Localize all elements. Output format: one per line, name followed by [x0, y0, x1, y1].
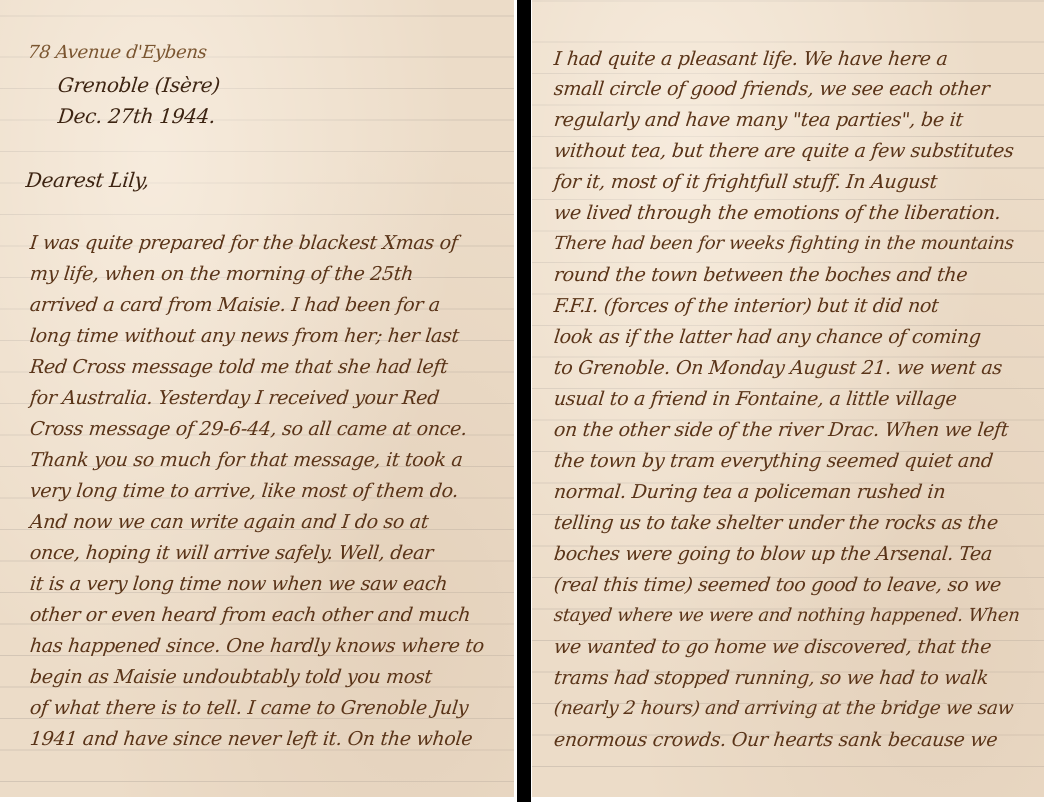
letter-line: trams had stopped running, so we had to …	[553, 667, 990, 689]
letter-line: small circle of good friends, we see eac…	[553, 78, 991, 100]
letter-line: we lived through the emotions of the lib…	[553, 202, 1002, 224]
letter-line: it is a very long time now when we saw e…	[29, 573, 449, 595]
letter-line: F.F.I. (forces of the interior) but it d…	[553, 295, 940, 317]
letter-line: (real this time) seemed too good to leav…	[553, 574, 1002, 596]
letter-line: for Australia. Yesterday I received your…	[29, 387, 440, 409]
letter-line: arrived a card from Maisie. I had been f…	[29, 294, 441, 316]
letter-line: very long time to arrive, like most of t…	[29, 480, 460, 502]
letter-line: regularly and have many "tea parties", b…	[553, 109, 964, 131]
letter-line: other or even heard from each other and …	[29, 604, 472, 626]
letter-line: for it, most of it frightfull stuff. In …	[553, 171, 938, 193]
letter-line: stayed where we were and nothing happene…	[553, 605, 1021, 626]
letter-line: begin as Maisie undoubtably told you mos…	[29, 666, 433, 688]
letter-line: look as if the latter had any chance of …	[553, 326, 982, 348]
sender-city: Grenoble (Isère)	[57, 73, 221, 97]
letter-line: Cross message of 29-6-44, so all came at…	[29, 418, 468, 440]
letter-line: has happened since. One hardly knows whe…	[29, 635, 485, 657]
letter-line: without tea, but there are quite a few s…	[553, 140, 1015, 162]
letter-line: once, hoping it will arrive safely. Well…	[29, 542, 434, 564]
page-divider	[517, 0, 531, 802]
letter-line: Thank you so much for that message, it t…	[29, 449, 464, 471]
letter-page-left: 78 Avenue d'Eybens Grenoble (Isère) Dec.…	[0, 0, 514, 797]
letter-line: enormous crowds. Our hearts sank because…	[553, 729, 999, 751]
letter-line: There had been for weeks fighting in the…	[553, 233, 1015, 254]
letter-line: normal. During tea a policeman rushed in	[553, 481, 947, 503]
letter-line: telling us to take shelter under the roc…	[553, 512, 999, 534]
letter-line: And now we can write again and I do so a…	[29, 511, 430, 533]
letter-line: I was quite prepared for the blackest Xm…	[29, 232, 459, 254]
letter-line: boches were going to blow up the Arsenal…	[553, 543, 993, 565]
letter-line: on the other side of the river Drac. Whe…	[553, 419, 1010, 441]
letter-line: Red Cross message told me that she had l…	[29, 356, 449, 378]
letter-line: the town by tram everything seemed quiet…	[553, 450, 994, 472]
letter-date: Dec. 27th 1944.	[57, 104, 217, 128]
letter-line: (nearly 2 hours) and arriving at the bri…	[553, 698, 1014, 719]
salutation: Dearest Lily,	[25, 168, 151, 192]
letter-line: my life, when on the morning of the 25th	[29, 263, 415, 285]
letter-line: I had quite a pleasant life. We have her…	[553, 48, 949, 70]
letter-line: of what there is to tell. I came to Gren…	[29, 697, 469, 719]
letter-line: 1941 and have since never left it. On th…	[29, 728, 474, 750]
letter-line: to Grenoble. On Monday August 21. we wen…	[553, 357, 1003, 379]
letter-line: usual to a friend in Fontaine, a little …	[553, 388, 958, 410]
letter-page-right: I had quite a pleasant life. We have her…	[532, 0, 1044, 797]
letter-line: we wanted to go home we discovered, that…	[553, 636, 992, 658]
letter-line: long time without any news from her; her…	[29, 325, 460, 347]
sender-address: 78 Avenue d'Eybens	[27, 42, 208, 63]
letter-line: round the town between the boches and th…	[553, 264, 969, 286]
